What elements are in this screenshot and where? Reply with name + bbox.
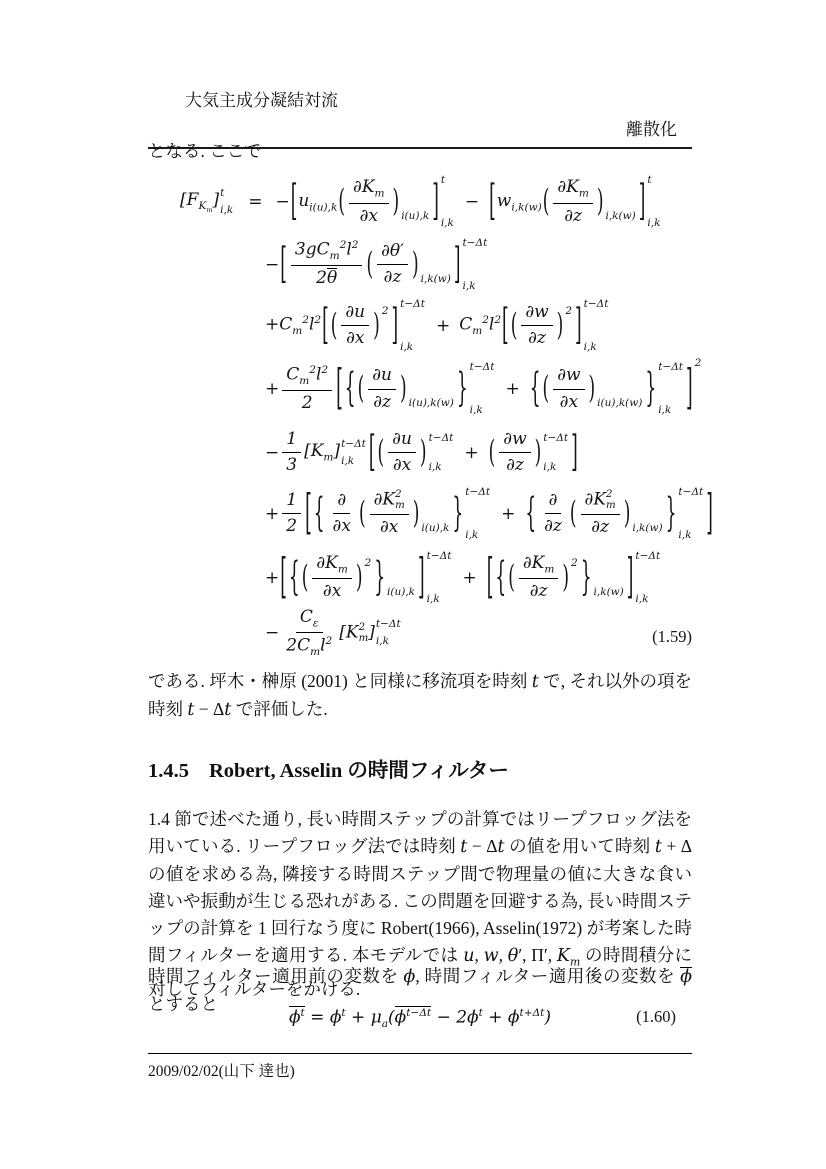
section-title: Robert, Asselin の時間フィルター xyxy=(209,760,509,782)
equation-1-60-formula: ϕt = ϕt + μa(ϕt−Δt − 2ϕt + ϕt+Δt) xyxy=(289,1006,551,1030)
section-number: 1.4.5 xyxy=(148,760,189,782)
header-right-title: 離散化 xyxy=(626,115,692,140)
intro-text: となる. ここで xyxy=(148,138,692,165)
page-footer: 2009/02/02(山下 達也) xyxy=(148,1053,692,1081)
paragraph-after-equation: である. 坪木・榊原 (2001) と同様に移流項を時刻 t で, それ以外の項… xyxy=(148,668,692,724)
equation-1-59: [FKm]ti,k=−[ui(u),k(∂Km∂x)i(u),k]ti,k−[w… xyxy=(148,170,708,655)
equation-number-1-59: (1.59) xyxy=(652,627,692,647)
equation-row: −[3gCm2l22θ(∂θ′∂z)i,k(w)]t−Δti,k xyxy=(148,234,708,295)
equation-row: −13[Km]t−Δti,k[(∂u∂x)t−Δti,k+(∂w∂z)t−Δti… xyxy=(148,422,708,483)
equation-row: +Cm2l22[{(∂u∂z)i(u),k(w)}t−Δti,k+{(∂w∂x)… xyxy=(148,356,708,422)
equation-row: +Cm2l2[(∂u∂x)2]t−Δti,k+Cm2l2[(∂w∂z)2]t−Δ… xyxy=(148,295,708,356)
document-page: 大気主成分凝結対流 離散化 となる. ここで [FKm]ti,k=−[ui(u)… xyxy=(0,0,826,1169)
equation-row: −Cε2Cml2[K2m]t−Δti,k xyxy=(148,611,708,655)
equation-row: +12[{∂∂x(∂K2m∂x)i(u),k}t−Δti,k+{∂∂z(∂K2m… xyxy=(148,483,708,544)
equation-row: +[{(∂Km∂x)2}i(u),k]t−Δti,k+[{(∂Km∂z)2}i,… xyxy=(148,544,708,611)
equation-1-59-lines: [FKm]ti,k=−[ui(u),k(∂Km∂x)i(u),k]ti,k−[w… xyxy=(148,170,708,655)
equation-row: [FKm]ti,k=−[ui(u),k(∂Km∂x)i(u),k]ti,k−[w… xyxy=(148,170,708,234)
section-heading: 1.4.5Robert, Asselin の時間フィルター xyxy=(148,753,692,783)
footer-text: 2009/02/02(山下 達也) xyxy=(148,1063,295,1080)
equation-number-1-60: (1.60) xyxy=(636,1007,676,1027)
equation-1-60: ϕt = ϕt + μa(ϕt−Δt − 2ϕt + ϕt+Δt) (1.60) xyxy=(148,998,692,1038)
header-left-title: 大気主成分凝結対流 xyxy=(148,86,338,140)
